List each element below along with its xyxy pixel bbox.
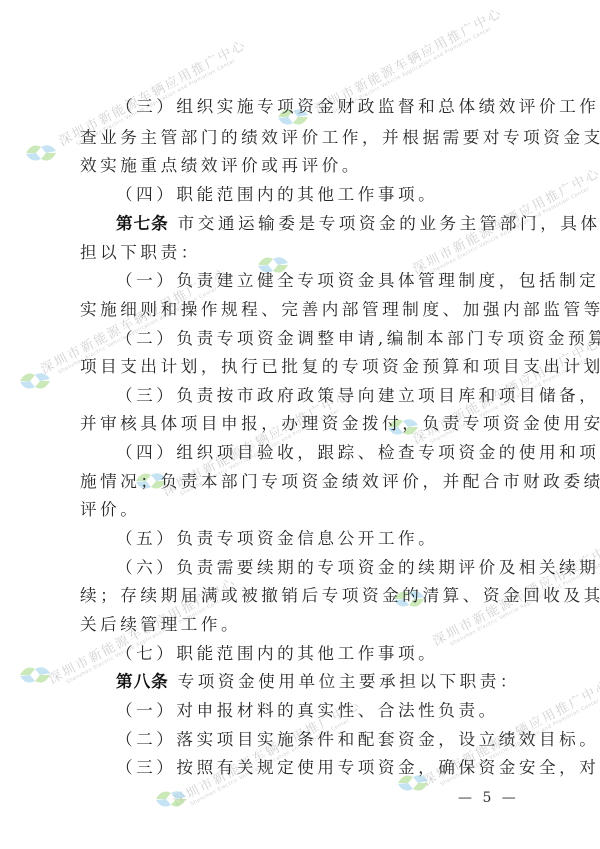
paragraph-line: （二）负责专项资金调整申请,编制本部门专项资金预算和 <box>116 329 600 349</box>
paragraph-line: （七）职能范围内的其他工作事项。 <box>116 644 438 664</box>
line-text: 担以下职责： <box>80 243 201 262</box>
line-text: 市交通运输委是专项资金的业务主管部门，具体承 <box>178 214 600 233</box>
paragraph-line: 实施细则和操作规程、完善内部管理制度、加强内部监管等。 <box>80 300 600 320</box>
paragraph-line: （三）按照有关规定使用专项资金，确保资金安全，对专项 <box>116 758 600 778</box>
paragraph-line: 续；存续期届满或被撤销后专项资金的清算、资金回收及其他相 <box>80 586 600 606</box>
line-text: 专项资金使用单位主要承担以下职责： <box>178 672 520 691</box>
paragraph-line: 担以下职责： <box>80 243 201 263</box>
line-text: （七）职能范围内的其他工作事项。 <box>116 644 438 663</box>
line-text: 项目支出计划，执行已批复的专项资金预算和项目支出计划。 <box>80 357 600 376</box>
line-text: （六）负责需要续期的专项资金的续期评价及相关续期手 <box>116 558 600 577</box>
line-text: 查业务主管部门的绩效评价工作，并根据需要对专项资金支出绩 <box>80 128 600 147</box>
line-text: （三）负责按市政府政策导向建立项目库和项目储备，受理 <box>116 386 600 405</box>
line-text: （三）组织实施专项资金财政监督和总体绩效评价工作，检 <box>116 97 600 116</box>
line-text: （五）负责专项资金信息公开工作。 <box>116 529 438 548</box>
paragraph-line: （三）负责按市政府政策导向建立项目库和项目储备，受理 <box>116 386 600 406</box>
line-text: 评价。 <box>80 500 140 519</box>
paragraph-line: 施情况；负责本部门专项资金绩效评价，并配合市财政委绩效再 <box>80 472 600 492</box>
line-text: （三）按照有关规定使用专项资金，确保资金安全，对专项 <box>116 758 600 777</box>
paragraph-line: 评价。 <box>80 500 140 520</box>
line-text: 并审核具体项目申报，办理资金拨付，负责专项资金使用安全。 <box>80 414 600 433</box>
paragraph-line: 效实施重点绩效评价或再评价。 <box>80 156 362 176</box>
paragraph-line: （三）组织实施专项资金财政监督和总体绩效评价工作，检 <box>116 97 600 117</box>
document-page: 深圳市新能源车辆应用推广中心Shenzhen Electric Vehicle … <box>0 0 600 849</box>
watermark-logo-icon <box>18 660 52 690</box>
line-text: 效实施重点绩效评价或再评价。 <box>80 156 362 175</box>
paragraph-line: 并审核具体项目申报，办理资金拨付，负责专项资金使用安全。 <box>80 414 600 434</box>
article-heading: 第七条 <box>116 214 169 233</box>
paragraph-line: 查业务主管部门的绩效评价工作，并根据需要对专项资金支出绩 <box>80 128 600 148</box>
line-text: 关后续管理工作。 <box>80 615 241 634</box>
article-heading: 第八条 <box>116 672 169 691</box>
line-text: （二）落实项目实施条件和配套资金，设立绩效目标。 <box>116 730 599 749</box>
line-text: （二）负责专项资金调整申请,编制本部门专项资金预算和 <box>116 329 600 348</box>
paragraph-line: （二）落实项目实施条件和配套资金，设立绩效目标。 <box>116 730 599 750</box>
paragraph-line: （一）负责建立健全专项资金具体管理制度，包括制定配套 <box>116 271 600 291</box>
watermark-logo-icon <box>24 138 58 168</box>
paragraph-line: （五）负责专项资金信息公开工作。 <box>116 529 438 549</box>
paragraph-line: 项目支出计划，执行已批复的专项资金预算和项目支出计划。 <box>80 357 600 377</box>
paragraph-line: （一）对申报材料的真实性、合法性负责。 <box>116 701 499 721</box>
article-paragraph-line: 第七条 市交通运输委是专项资金的业务主管部门，具体承 <box>116 214 600 234</box>
line-text: （四）组织项目验收，跟踪、检查专项资金的使用和项目实 <box>116 443 600 462</box>
article-paragraph-line: 第八条 专项资金使用单位主要承担以下职责： <box>116 672 520 692</box>
line-text: （四）职能范围内的其他工作事项。 <box>116 185 438 204</box>
line-text: 续；存续期届满或被撤销后专项资金的清算、资金回收及其他相 <box>80 586 600 605</box>
line-text: （一）负责建立健全专项资金具体管理制度，包括制定配套 <box>116 271 600 290</box>
line-text: 施情况；负责本部门专项资金绩效评价，并配合市财政委绩效再 <box>80 472 600 491</box>
line-text: （一）对申报材料的真实性、合法性负责。 <box>116 701 499 720</box>
watermark-logo-icon <box>18 366 52 396</box>
paragraph-line: 关后续管理工作。 <box>80 615 241 635</box>
line-text: 实施细则和操作规程、完善内部管理制度、加强内部监管等。 <box>80 300 600 319</box>
page-number: — 5 — <box>458 790 519 806</box>
paragraph-line: （六）负责需要续期的专项资金的续期评价及相关续期手 <box>116 558 600 578</box>
watermark-logo-icon <box>154 784 188 814</box>
paragraph-line: （四）组织项目验收，跟踪、检查专项资金的使用和项目实 <box>116 443 600 463</box>
paragraph-line: （四）职能范围内的其他工作事项。 <box>116 185 438 205</box>
